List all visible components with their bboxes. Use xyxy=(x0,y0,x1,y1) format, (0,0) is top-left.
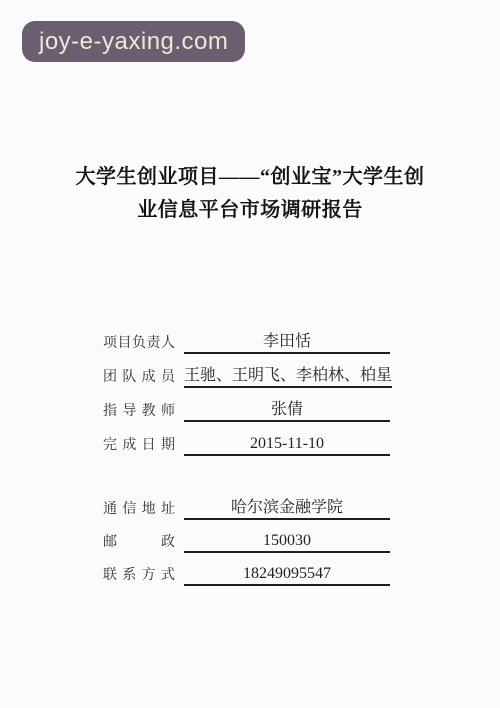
field-value-advisor: 张倩 xyxy=(184,400,390,422)
field-value-contact-number: 18249095547 xyxy=(184,564,390,586)
field-row-team-members: 团队成员 王驰、王明飞、李柏林、柏星 xyxy=(103,354,390,388)
field-row-advisor: 指导教师 张倩 xyxy=(103,388,390,422)
field-row-project-leader: 项目负责人 李田恬 xyxy=(103,320,390,354)
field-row-contact-number: 联系方式 18249095547 xyxy=(103,553,390,586)
page-title-line2: 业信息平台市场调研报告 xyxy=(0,194,500,227)
field-row-mailing-address: 通信地址 哈尔滨金融学院 xyxy=(103,487,390,520)
watermark-text: joy-e-yaxing.com xyxy=(39,28,228,55)
field-label-project-leader: 项目负责人 xyxy=(103,332,175,354)
field-value-team-members: 王驰、王明飞、李柏林、柏星 xyxy=(184,366,392,388)
field-value-completion-date: 2015-11-10 xyxy=(184,434,390,456)
project-info-section: 项目负责人 李田恬 团队成员 王驰、王明飞、李柏林、柏星 指导教师 张倩 完成日… xyxy=(103,320,390,456)
field-row-completion-date: 完成日期 2015-11-10 xyxy=(103,422,390,456)
page-title: 大学生创业项目——“创业宝”大学生创 业信息平台市场调研报告 xyxy=(0,161,500,227)
field-label-advisor: 指导教师 xyxy=(103,400,175,422)
field-row-postal-code: 邮政 150030 xyxy=(103,520,390,553)
page-title-line1: 大学生创业项目——“创业宝”大学生创 xyxy=(0,161,500,194)
field-value-mailing-address: 哈尔滨金融学院 xyxy=(184,498,390,520)
contact-info-section: 通信地址 哈尔滨金融学院 邮政 150030 联系方式 18249095547 xyxy=(103,487,390,586)
report-cover-page: joy-e-yaxing.com 大学生创业项目——“创业宝”大学生创 业信息平… xyxy=(0,0,500,708)
field-label-contact-number: 联系方式 xyxy=(103,564,175,586)
field-label-postal-code: 邮政 xyxy=(103,531,175,553)
watermark-badge: joy-e-yaxing.com xyxy=(22,21,245,62)
field-label-mailing-address: 通信地址 xyxy=(103,498,175,520)
field-value-project-leader: 李田恬 xyxy=(184,332,390,354)
field-value-postal-code: 150030 xyxy=(184,531,390,553)
field-label-team-members: 团队成员 xyxy=(103,366,175,388)
field-label-completion-date: 完成日期 xyxy=(103,434,175,456)
